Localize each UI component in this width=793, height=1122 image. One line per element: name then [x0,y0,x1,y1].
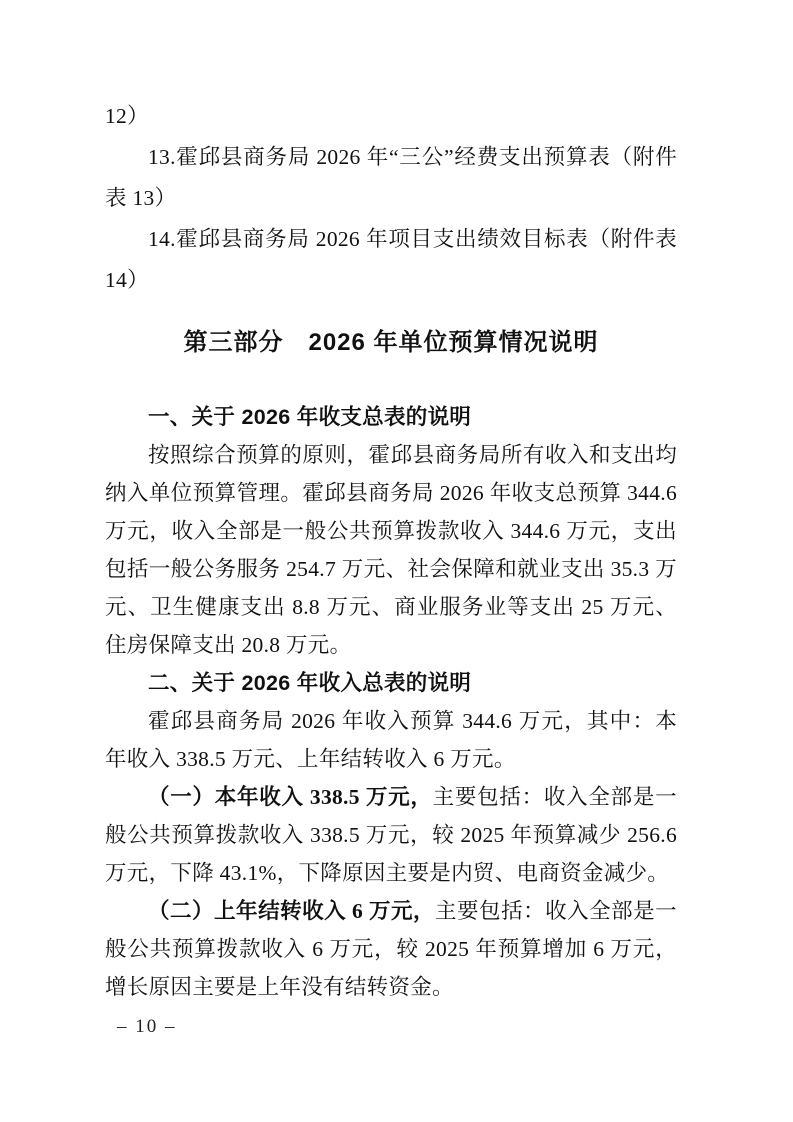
paragraph: （一）本年收入 338.5 万元，主要包括：收入全部是一般公共预算拨款收入 33… [105,778,677,892]
attachment-list: 12） 13.霍邱县商务局 2026 年“三公”经费支出预算表（附件表 13） … [105,96,677,301]
paragraph-text: 霍邱县商务局 2026 年收入预算 344.6 万元，其中：本年收入 338.5… [105,709,677,771]
list-item: 14.霍邱县商务局 2026 年项目支出绩效目标表（附件表 14） [105,219,677,301]
section-heading-income: 二、关于 2026 年收入总表的说明 [105,664,677,702]
document-page: 12） 13.霍邱县商务局 2026 年“三公”经费支出预算表（附件表 13） … [0,0,793,1122]
page-number: – 10 – [117,1013,177,1041]
paragraph-text: 按照综合预算的原则，霍邱县商务局所有收入和支出均纳入单位预算管理。霍邱县商务局 … [105,443,677,657]
paragraph-lead: （一）本年收入 338.5 万元， [148,785,433,809]
section-heading-income-expense: 一、关于 2026 年收支总表的说明 [105,398,677,436]
paragraph-lead: （二）上年结转收入 6 万元， [148,899,435,923]
list-item: 13.霍邱县商务局 2026 年“三公”经费支出预算表（附件表 13） [105,137,677,219]
paragraph: （二）上年结转收入 6 万元，主要包括：收入全部是一般公共预算拨款收入 6 万元… [105,892,677,1006]
document-body: 一、关于 2026 年收支总表的说明 按照综合预算的原则，霍邱县商务局所有收入和… [105,398,677,1006]
paragraph: 按照综合预算的原则，霍邱县商务局所有收入和支出均纳入单位预算管理。霍邱县商务局 … [105,436,677,664]
list-item-fragment: 12） [105,96,677,137]
part-title: 第三部分 2026 年单位预算情况说明 [105,320,677,366]
paragraph: 霍邱县商务局 2026 年收入预算 344.6 万元，其中：本年收入 338.5… [105,702,677,778]
